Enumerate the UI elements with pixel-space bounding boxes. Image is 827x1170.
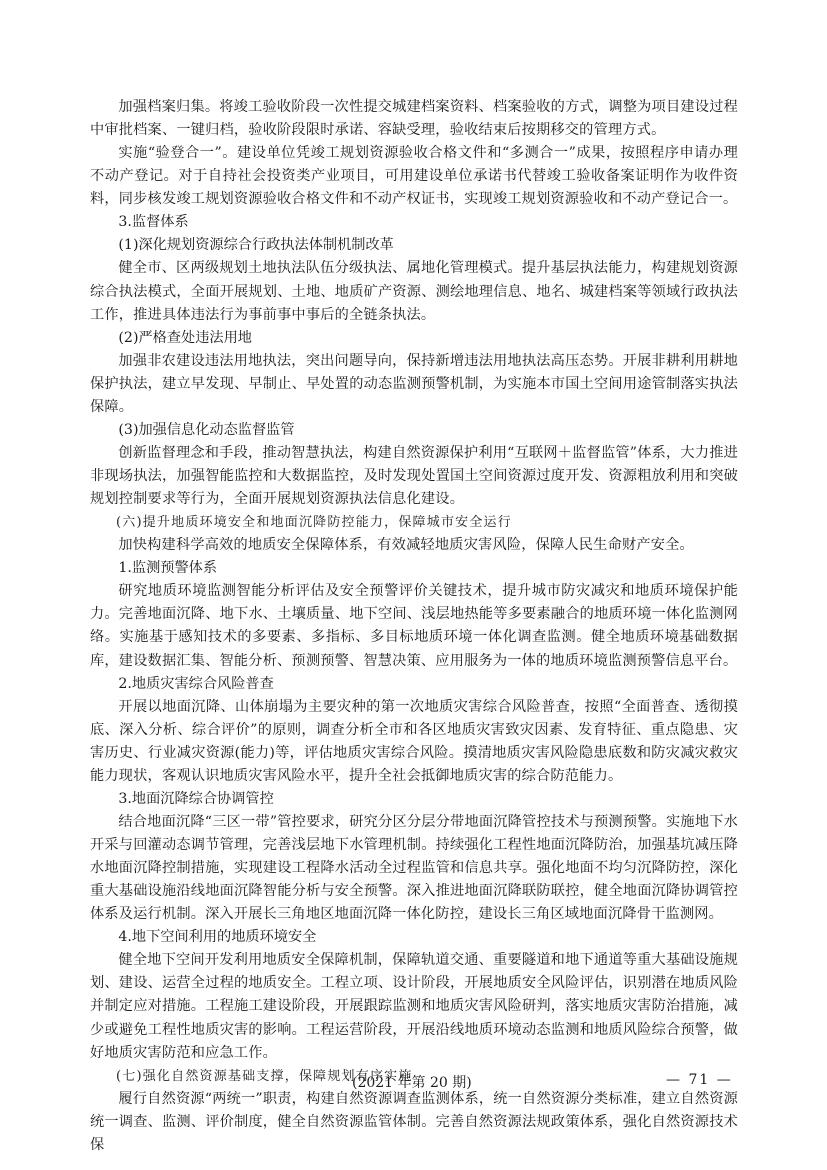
subheading-hazard-survey: 2.地质灾害综合风险普查	[90, 673, 738, 696]
paragraph-digital-supervision: 创新监督理念和手段，推动智慧执法，构建自然资源保护利用“互联网＋监督监管”体系，…	[90, 442, 738, 511]
section-heading-geological-safety: (六)提升地质环境安全和地面沉降防控能力，保障城市安全运行	[90, 511, 738, 534]
paragraph-enforcement-reform: 健全市、区两级规划土地执法队伍分级执法、属地化管理模式。提升基层执法能力，构建规…	[90, 257, 738, 326]
paragraph-geological-safety-intro: 加快构建科学高效的地质安全保障体系，有效减轻地质灾害风险，保障人民生命财产安全。	[90, 534, 738, 557]
section-heading-supervision-system: 3.监督体系	[90, 211, 738, 234]
subheading-enforcement-reform: (1)深化规划资源综合行政执法体制机制改革	[90, 234, 738, 257]
subheading-illegal-land-use: (2)严格查处违法用地	[90, 327, 738, 350]
page-number: — 71 —	[666, 1072, 733, 1088]
document-body: 加强档案归集。将竣工验收阶段一次性提交城建档案资料、档案验收的方式，调整为项目建…	[90, 96, 738, 1157]
subheading-monitoring-warning: 1.监测预警体系	[90, 557, 738, 580]
paragraph-monitoring-warning: 研究地质环境监测智能分析评估及安全预警评价关键技术，提升城市防灾减灾和地质环境保…	[90, 580, 738, 672]
paragraph-archive-collection: 加强档案归集。将竣工验收阶段一次性提交城建档案资料、档案验收的方式，调整为项目建…	[90, 96, 738, 142]
paragraph-hazard-survey: 开展以地面沉降、山体崩塌为主要灾种的第一次地质灾害综合风险普查，按照“全面普查、…	[90, 696, 738, 788]
paragraph-acceptance-registration: 实施“验登合一”。建设单位凭竣工规划资源验收合格文件和“多测合一”成果，按照程序…	[90, 142, 738, 211]
page-footer: (2021 年第 20 期) — 71 —	[0, 1072, 827, 1094]
subheading-digital-supervision: (3)加强信息化动态监督监管	[90, 419, 738, 442]
subheading-underground-space: 4.地下空间利用的地质环境安全	[90, 926, 738, 949]
paragraph-underground-space: 健全地下空间开发利用地质安全保障机制，保障轨道交通、重要隧道和地下通道等重大基础…	[90, 949, 738, 1064]
issue-label: (2021 年第 20 期)	[352, 1072, 472, 1092]
paragraph-subsidence-control: 结合地面沉降“三区一带”管控要求，研究分区分层分带地面沉降管控技术与预测预警。实…	[90, 811, 738, 926]
paragraph-illegal-land-use: 加强非农建设违法用地执法，突出问题导向，保持新增违法用地执法高压态势。开展非耕利…	[90, 350, 738, 419]
subheading-subsidence-control: 3.地面沉降综合协调管控	[90, 788, 738, 811]
paragraph-natural-resources: 履行自然资源“两统一”职责，构建自然资源调查监测体系，统一自然资源分类标准，建立…	[90, 1088, 738, 1157]
